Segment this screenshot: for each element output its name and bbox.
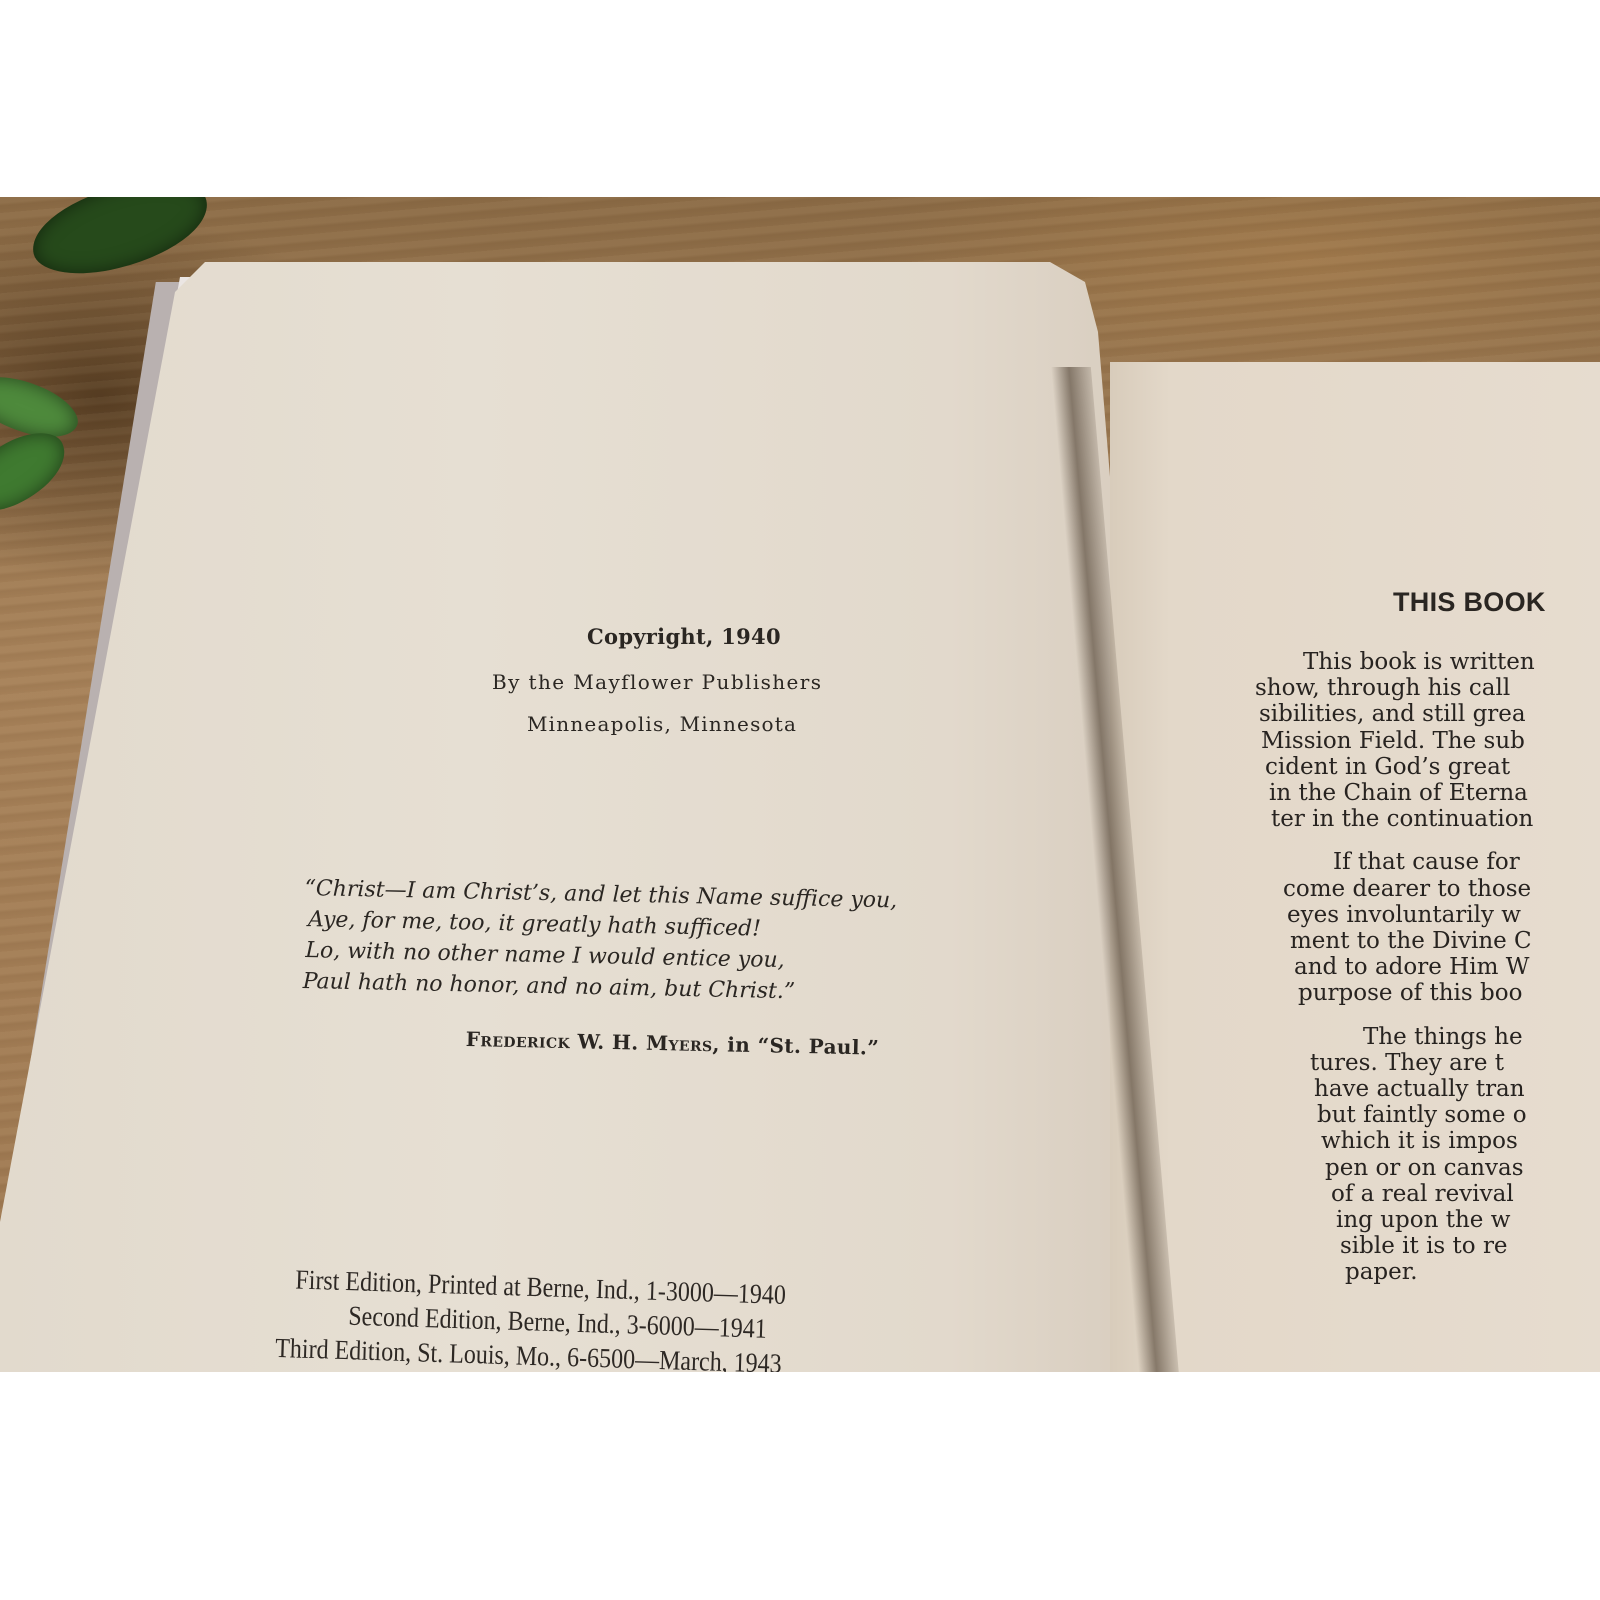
body-line: and to adore Him W <box>1255 954 1535 980</box>
body-line: which it is impos <box>1255 1128 1535 1154</box>
edition-history: First Edition, Printed at Berne, Ind., 1… <box>254 1262 787 1372</box>
body-line: have actually tran <box>1255 1076 1535 1102</box>
epigraph-poem: “Christ—I am Christ’s, and let this Name… <box>302 873 897 1009</box>
copyright-line: Copyright, 1940 <box>587 624 781 649</box>
body-line: cident in God’s great <box>1255 754 1535 780</box>
body-line: ing upon the w <box>1255 1207 1535 1233</box>
right-page-body: This book is written show, through his c… <box>1255 649 1535 1286</box>
body-line: come dearer to those <box>1255 876 1535 902</box>
body-line: show, through his call <box>1255 675 1535 701</box>
body-line: in the Chain of Eterna <box>1255 780 1535 806</box>
body-line: but faintly some o <box>1255 1102 1535 1128</box>
author-first-name: Frederick <box>465 1027 570 1053</box>
body-line: This book is written <box>1255 649 1535 675</box>
body-line: tures. They are t <box>1255 1050 1535 1076</box>
author-surname: Myers <box>646 1031 713 1056</box>
book-photo: Copyright, 1940 By the Mayflower Publish… <box>0 197 1600 1372</box>
body-line: ter in the continuation <box>1255 806 1535 832</box>
body-line: purpose of this boo <box>1255 980 1535 1006</box>
body-line: of a real revival <box>1255 1181 1535 1207</box>
attribution-source: , in “St. Paul.” <box>712 1032 879 1059</box>
body-line: pen or on canvas <box>1255 1155 1535 1181</box>
body-line: sible it is to re <box>1255 1233 1535 1259</box>
publisher-line: By the Mayflower Publishers <box>492 670 822 694</box>
body-line: The things he <box>1255 1024 1535 1050</box>
city-line: Minneapolis, Minnesota <box>527 712 797 736</box>
body-line: sibilities, and still grea <box>1255 701 1535 727</box>
body-line: If that cause for <box>1255 849 1535 875</box>
right-page-title: THIS BOOK <box>1393 587 1546 618</box>
body-line: eyes involuntarily w <box>1255 902 1535 928</box>
author-initials: W. H. <box>577 1029 639 1054</box>
letterbox-bottom <box>0 1372 1600 1600</box>
body-line: paper. <box>1255 1259 1535 1285</box>
left-page <box>0 262 1185 1372</box>
body-line: Mission Field. The sub <box>1255 728 1535 754</box>
body-line: ment to the Divine C <box>1255 928 1535 954</box>
